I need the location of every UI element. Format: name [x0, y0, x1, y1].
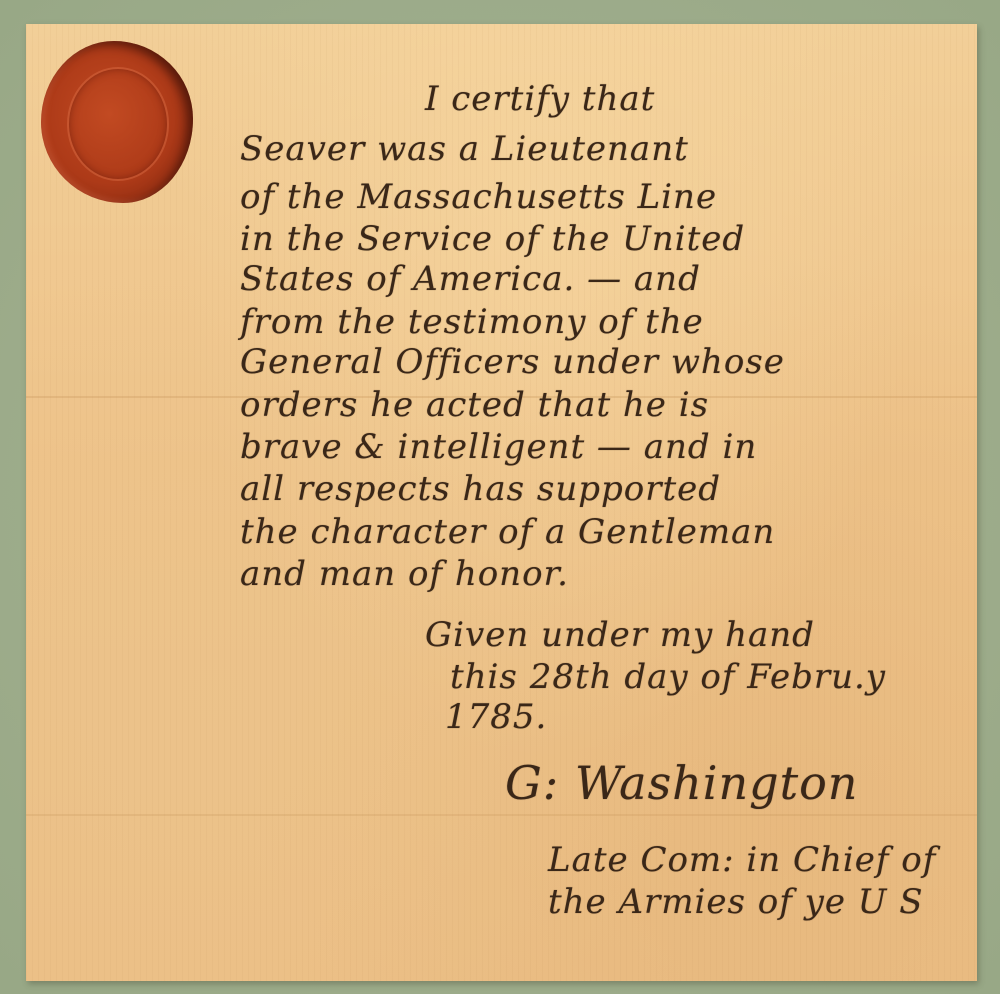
body-line: States of America. — and: [240, 262, 701, 296]
closing-line: 1785.: [445, 700, 547, 734]
body-line: in the Service of the United: [240, 222, 745, 256]
body-line: from the testimony of the: [240, 305, 704, 339]
signature: G: Washington: [505, 760, 858, 806]
body-line: Seaver was a Lieutenant: [240, 132, 689, 166]
body-line: orders he acted that he is: [240, 388, 709, 422]
wax-seal-icon: [41, 41, 193, 203]
body-line: and man of honor.: [240, 557, 569, 591]
body-line: the character of a Gentleman: [240, 515, 775, 549]
closing-line: this 28th day of Febru.y: [450, 660, 886, 694]
body-line: I certify that: [425, 82, 655, 116]
body-line: brave & intelligent — and in: [240, 430, 757, 464]
closing-line: Given under my hand: [425, 618, 815, 652]
fold-line: [26, 814, 977, 816]
body-line: all respects has supported: [240, 472, 721, 506]
title-line: the Armies of ye U S: [548, 885, 924, 919]
body-line: General Officers under whose: [240, 345, 785, 379]
body-line: of the Massachusetts Line: [240, 180, 717, 214]
seal-impression: [67, 67, 169, 181]
title-line: Late Com: in Chief of: [548, 843, 936, 877]
